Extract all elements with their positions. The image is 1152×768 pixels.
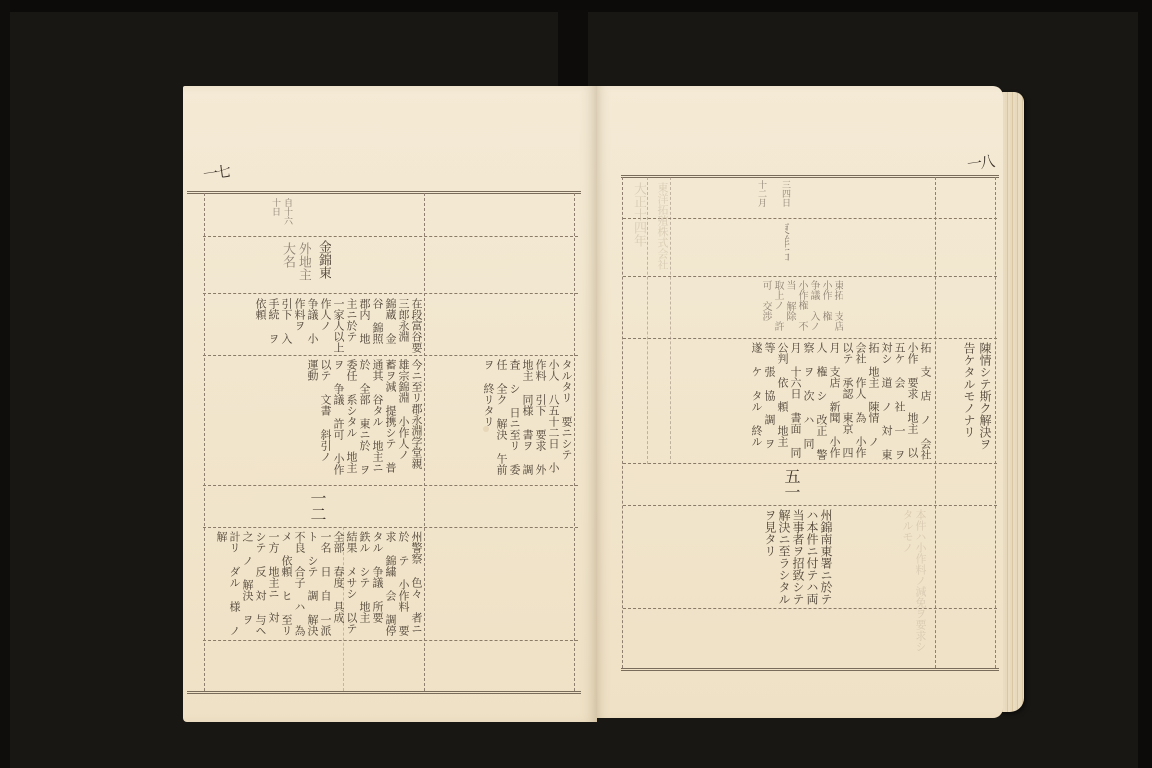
column-divider bbox=[424, 193, 425, 691]
header-subtitle: 外地主 大名 bbox=[277, 242, 311, 294]
row-divider bbox=[203, 236, 578, 237]
row-divider bbox=[203, 640, 578, 641]
header-title: 金錦東 bbox=[311, 240, 331, 292]
date-line: 三四日 bbox=[780, 180, 790, 207]
entry-text-row1: 在段富谷要 三郎永淵 錦蔵 金谷 錦照 郡内 地主ニ於テ 一家人以上 作人ノ 争… bbox=[205, 298, 423, 354]
entry-text-row1: 東拓 支店 小作 権 争議 入ノ 小作権 不当 解除 取上ノ 許可 交渉 bbox=[747, 280, 843, 338]
page-stack-edge bbox=[1000, 92, 1024, 712]
row-divider bbox=[623, 276, 997, 277]
column-divider bbox=[935, 177, 936, 668]
table-bottom-border bbox=[187, 691, 581, 694]
table-top-border bbox=[621, 175, 999, 178]
row-divider bbox=[623, 505, 997, 506]
column-divider bbox=[574, 193, 575, 691]
entry-text-row3: 州警察 色々 者ニ於 テ 小作料 要求 錦繍 会 調停 タル 争議 所要 鉄ル … bbox=[205, 531, 423, 637]
table-bottom-border bbox=[621, 668, 999, 671]
paper-stain bbox=[483, 426, 489, 432]
header-title: 東洋拓 淮 合 权 bbox=[785, 222, 821, 276]
row-divider bbox=[623, 463, 997, 464]
row-divider bbox=[203, 527, 578, 528]
entry-text-row3: 州錦南東署ニ於テハ本件ニ付テハ両当事者ヲ招致シテ解決ニ至ラシタルヲ見タリ bbox=[747, 509, 833, 605]
section-number-right: 五一 bbox=[777, 468, 801, 504]
row-divider bbox=[203, 485, 578, 486]
row-divider bbox=[203, 355, 578, 356]
page-number-right: 一八 bbox=[966, 150, 995, 174]
column-divider bbox=[622, 177, 623, 668]
left-page: 一七 自十六 十日 至十月 廿日 同 十日 金錦東 外地主 大名 在段富谷要 三… bbox=[183, 86, 597, 722]
section-number-left: 一二 bbox=[303, 490, 327, 526]
bleed-through-text: 本件ハ小作料ノ減免ヲ要求シタルモノ bbox=[837, 509, 927, 659]
margin-note: 陳情シテ斯ク解決ヲ告ケタルモノナリ bbox=[943, 342, 993, 452]
entry-text-row2-right: タルタリ 要ニシテ 小人 八五十二日 小作料 引下 要求 外地主 同様 書ヲ 調… bbox=[433, 359, 573, 483]
date-line: 自十六 十日 bbox=[271, 198, 292, 235]
row-divider bbox=[623, 338, 997, 339]
page-number-left: 一七 bbox=[202, 160, 231, 184]
frame-edge-right bbox=[1138, 0, 1152, 768]
right-page: 一八 大正十四年 東洋拓殖株式会社 三四日 十二月 同 廿一日 東洋拓 淮 合 … bbox=[597, 86, 1003, 718]
header-dates: 三四日 十二月 同 廿一日 bbox=[757, 180, 815, 218]
header-dates: 自十六 十日 至十月 廿日 同 十日 bbox=[271, 198, 317, 236]
bleed-through-text: 東洋拓殖株式会社 bbox=[649, 182, 669, 332]
table-top-border bbox=[187, 191, 581, 194]
gutter-shadow bbox=[558, 10, 588, 88]
row-divider bbox=[623, 608, 997, 609]
column-divider bbox=[995, 177, 996, 668]
row-divider bbox=[623, 218, 997, 219]
entry-text-row2: 拓 支 店 ノ 会社 小作 要求 地主 以 五ケ 会 社 一 ヲ 対シ 道 ノ … bbox=[624, 342, 932, 460]
row-divider bbox=[203, 293, 578, 294]
entry-text-row2-left: 今ニ至リ郡永淵学堂親 雄宗錦淵 小作人ノ 蓄ヲ減 提携シテ 普通其 谷タル 地主… bbox=[205, 359, 423, 483]
frame-edge-left bbox=[0, 0, 10, 768]
bleed-through-text: 大正十四年 bbox=[624, 182, 646, 332]
date-line: 十二月 bbox=[757, 180, 766, 207]
header-title-text: 東洋拓 bbox=[785, 222, 789, 261]
